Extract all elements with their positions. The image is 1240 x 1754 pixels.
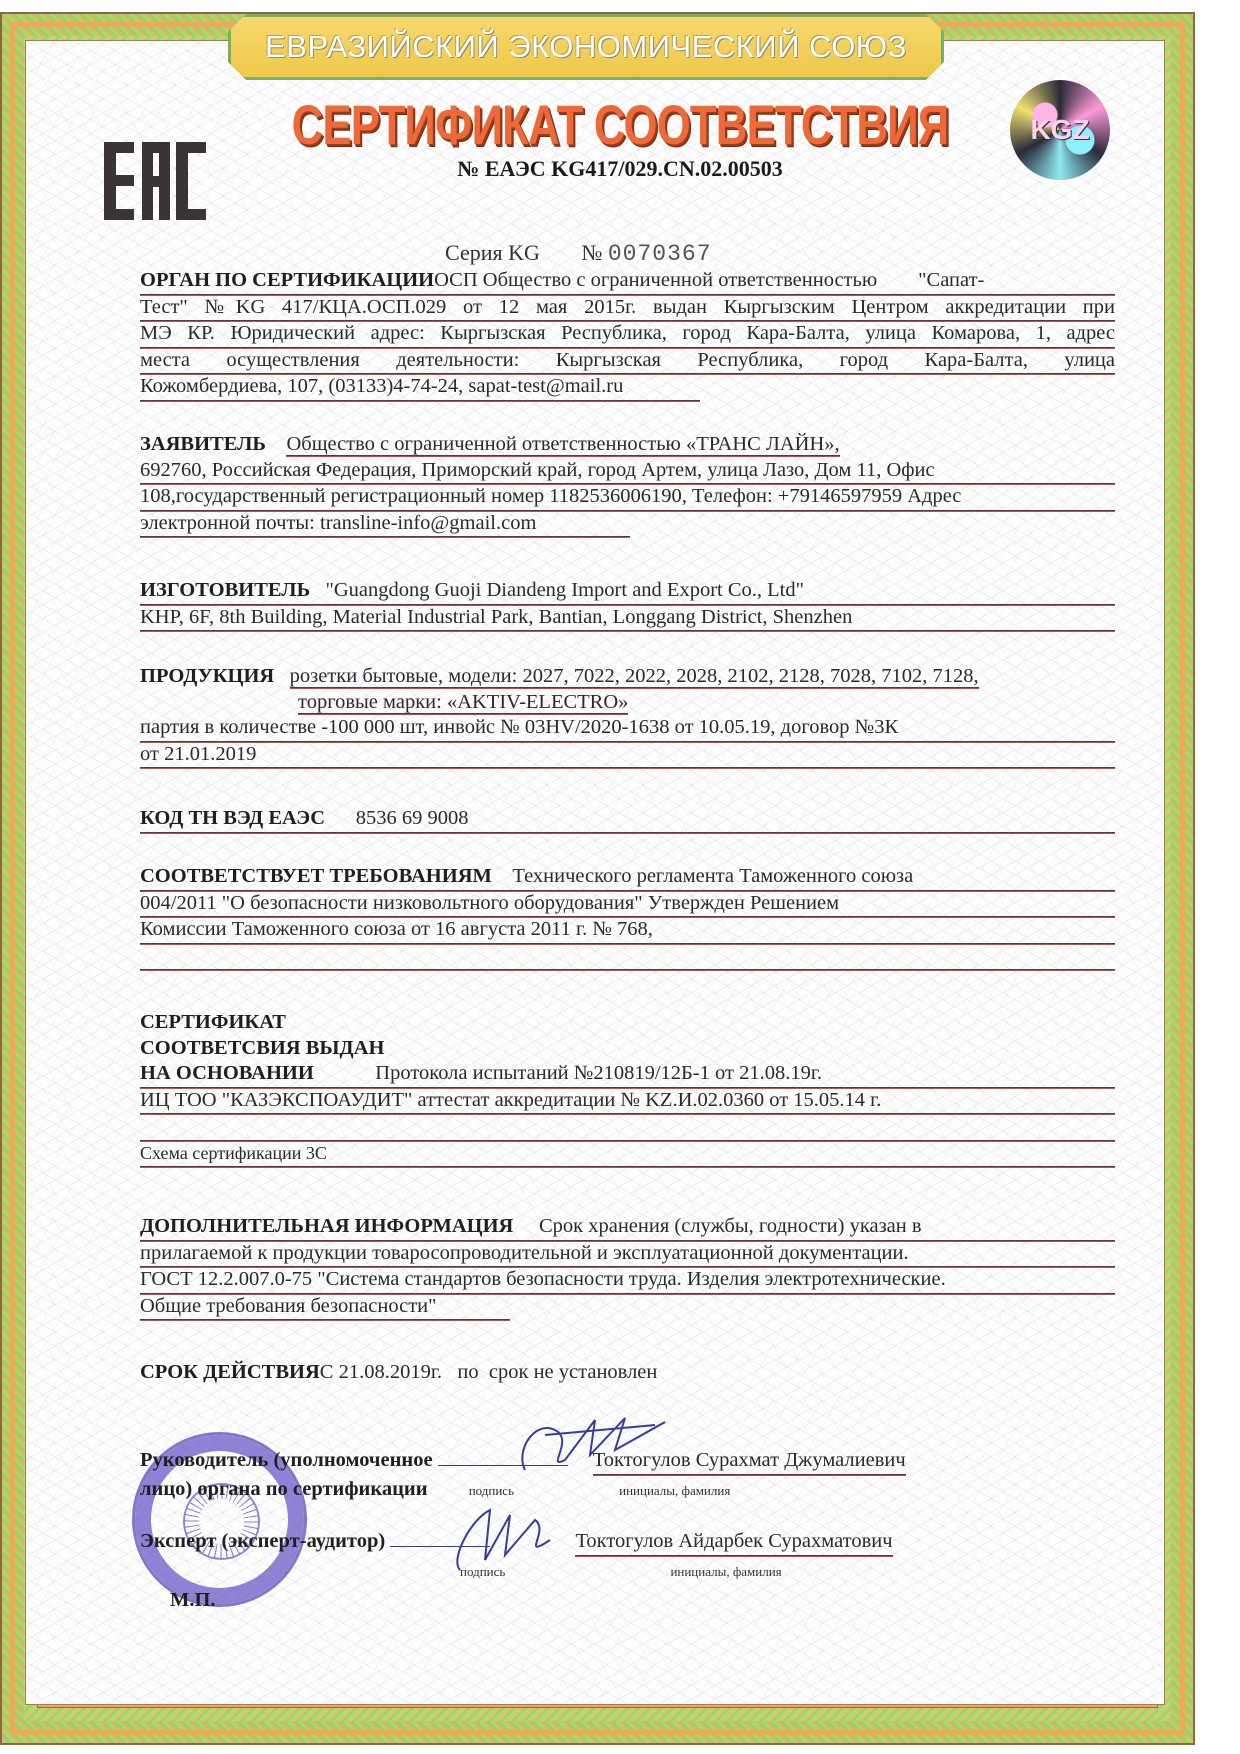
expert-signature-icon (440, 1500, 570, 1580)
basis-label-3: НА ОСНОВАНИИ (140, 1062, 314, 1084)
eac-logo-icon (104, 142, 204, 220)
additional-info-line-3: ГОСТ 12.2.007.0-75 "Система стандартов б… (140, 1267, 1115, 1294)
product-label: ПРОДУКЦИЯ (140, 665, 274, 687)
certificate-title: СЕРТИФИКАТ СООТВЕТСТВИЯ (136, 92, 1103, 157)
certification-body-line-5: Кожомбердиева, 107, (03133)4-74-24, sapa… (140, 374, 700, 401)
validity-to-label: по (457, 1361, 478, 1383)
product-line-1: ПРОДУКЦИЯ розетки бытовые, модели: 2027,… (140, 664, 1115, 690)
product-contract-date: от 21.01.2019 (140, 742, 1115, 769)
additional-info-line-1: ДОПОЛНИТЕЛЬНАЯ ИНФОРМАЦИЯ Срок хранения … (140, 1214, 1115, 1241)
applicant-email: электронной почты: transline-info@gmail.… (140, 511, 630, 538)
eac-letter-c (176, 142, 204, 220)
blank-number: 0070367 (608, 241, 712, 267)
certification-scheme: Схема сертификации 3С (140, 1141, 1115, 1168)
applicant-line-1: ЗАЯВИТЕЛЬ Общество с ограниченной ответс… (140, 432, 1115, 458)
expert-name: Токтогулов Айдарбек Сурахматович (575, 1527, 892, 1556)
expert-caption-row: подпись инициалы, фамилия (140, 1556, 1115, 1586)
basis-label-2: СООТВЕТСВИЯ ВЫДАН (140, 1036, 1115, 1062)
basis-label-1: СЕРТИФИКАТ (140, 1010, 1115, 1036)
requirements-line-2: 004/2011 "О безопасности низковольтного … (140, 891, 1115, 918)
section-product: ПРОДУКЦИЯ розетки бытовые, модели: 2027,… (140, 664, 1115, 768)
product-trademark: торговые марки: «AKTIV-ELECTRO» (140, 690, 1115, 716)
eac-letter-e (104, 142, 136, 220)
series-label: Серия KG (445, 240, 540, 265)
product-batch: партия в количестве -100 000 шт, инвойс … (140, 715, 1115, 742)
requirements-line-4 (140, 944, 1115, 971)
head-label-1: Руководитель (уполномоченное (140, 1449, 433, 1471)
expert-name-caption: инициалы, фамилия (670, 1564, 781, 1579)
validity-to: срок не установлен (489, 1361, 657, 1383)
section-applicant: ЗАЯВИТЕЛЬ Общество с ограниченной ответс… (140, 432, 1115, 537)
section-requirements: СООТВЕТСТВУЕТ ТРЕБОВАНИЯМ Технического р… (140, 864, 1115, 970)
series-number: Серия KG № 0070367 (445, 240, 712, 267)
eac-letter-a (142, 142, 170, 220)
test-protocol: Протокола испытаний №210819/12Б-1 от 21.… (375, 1062, 822, 1084)
manufacturer-label: ИЗГОТОВИТЕЛЬ (140, 579, 310, 601)
section-certification-body: ОРГАН ПО СЕРТИФИКАЦИИОСП Общество с огра… (140, 268, 1115, 401)
validity-line: СРОК ДЕЙСТВИЯС 21.08.2019г. по срок не у… (140, 1360, 1115, 1386)
hs-code-line: КОД ТН ВЭД ЕАЭС 8536 69 9008 (140, 806, 1115, 833)
certification-body-line-1: ОРГАН ПО СЕРТИФИКАЦИИОСП Общество с огра… (140, 268, 1115, 295)
hologram-text: KGZ (1030, 114, 1089, 146)
certification-body-line-3: МЭ КР. Юридический адрес: Кыргызская Рес… (140, 321, 1115, 348)
section-validity: СРОК ДЕЙСТВИЯС 21.08.2019г. по срок не у… (140, 1360, 1115, 1386)
validity-label: СРОК ДЕЙСТВИЯ (140, 1361, 320, 1383)
requirements-line-1: СООТВЕТСТВУЕТ ТРЕБОВАНИЯМ Технического р… (140, 864, 1115, 891)
number-prefix: № (581, 240, 602, 265)
certification-body-line-4: места осуществления деятельности: Кыргыз… (140, 348, 1115, 375)
union-banner-text: ЕВРАЗИЙСКИЙ ЭКОНОМИЧЕСКИЙ СОЮЗ (265, 29, 907, 65)
requirements-label: СООТВЕТСТВУЕТ ТРЕБОВАНИЯМ (140, 865, 492, 887)
applicant-line-2: 692760, Российская Федерация, Приморский… (140, 458, 1115, 485)
head-signature-caption: подпись (469, 1483, 514, 1498)
applicant-label: ЗАЯВИТЕЛЬ (140, 433, 266, 455)
manufacturer-line-1: ИЗГОТОВИТЕЛЬ "Guangdong Guoji Diandeng I… (140, 578, 1115, 605)
head-name-caption: инициалы, фамилия (619, 1483, 730, 1498)
hs-code-label: КОД ТН ВЭД ЕАЭС (140, 807, 325, 829)
head-label-2: лицо) органа по сертификации (140, 1478, 428, 1500)
union-banner: ЕВРАЗИЙСКИЙ ЭКОНОМИЧЕСКИЙ СОЮЗ (228, 14, 944, 80)
head-signature-icon (505, 1410, 685, 1480)
hs-code-value: 8536 69 9008 (356, 807, 469, 829)
certification-body-line-2: Тест" №KG 417/КЦА.ОСП.029 от 12 мая 2015… (140, 295, 1115, 322)
requirements-line-3: Комиссии Таможенного союза от 16 августа… (140, 917, 1115, 944)
manufacturer-address: KHP, 6F, 8th Building, Material Industri… (140, 605, 1115, 632)
certification-body-label: ОРГАН ПО СЕРТИФИКАЦИИ (140, 269, 434, 291)
additional-info-line-2: прилагаемой к продукции товаросопроводит… (140, 1241, 1115, 1268)
testing-lab: ИЦ ТОО "КАЗЭКСПОАУДИТ" аттестат аккредит… (140, 1088, 1115, 1115)
expert-label: Эксперт (эксперт-аудитор) (140, 1530, 385, 1552)
section-manufacturer: ИЗГОТОВИТЕЛЬ "Guangdong Guoji Diandeng I… (140, 578, 1115, 631)
section-hs-code: КОД ТН ВЭД ЕАЭС 8536 69 9008 (140, 806, 1115, 833)
section-basis: СЕРТИФИКАТ СООТВЕТСВИЯ ВЫДАН НА ОСНОВАНИ… (140, 1010, 1115, 1167)
expert-signature-row: Эксперт (эксперт-аудитор) Токтогулов Айд… (140, 1527, 1115, 1556)
validity-from: С 21.08.2019г. (320, 1361, 442, 1383)
applicant-line-3: 108,государственный регистрационный номе… (140, 484, 1115, 511)
seal-label: М.П. (140, 1586, 1115, 1614)
section-additional-info: ДОПОЛНИТЕЛЬНАЯ ИНФОРМАЦИЯ Срок хранения … (140, 1214, 1115, 1320)
basis-line-1: НА ОСНОВАНИИ Протокола испытаний №210819… (140, 1061, 1115, 1088)
basis-blank-line (140, 1114, 1115, 1141)
hologram-sticker-icon: KGZ (1010, 80, 1110, 180)
additional-info-label: ДОПОЛНИТЕЛЬНАЯ ИНФОРМАЦИЯ (140, 1215, 513, 1237)
additional-info-line-4: Общие требования безопасности" (140, 1294, 510, 1321)
